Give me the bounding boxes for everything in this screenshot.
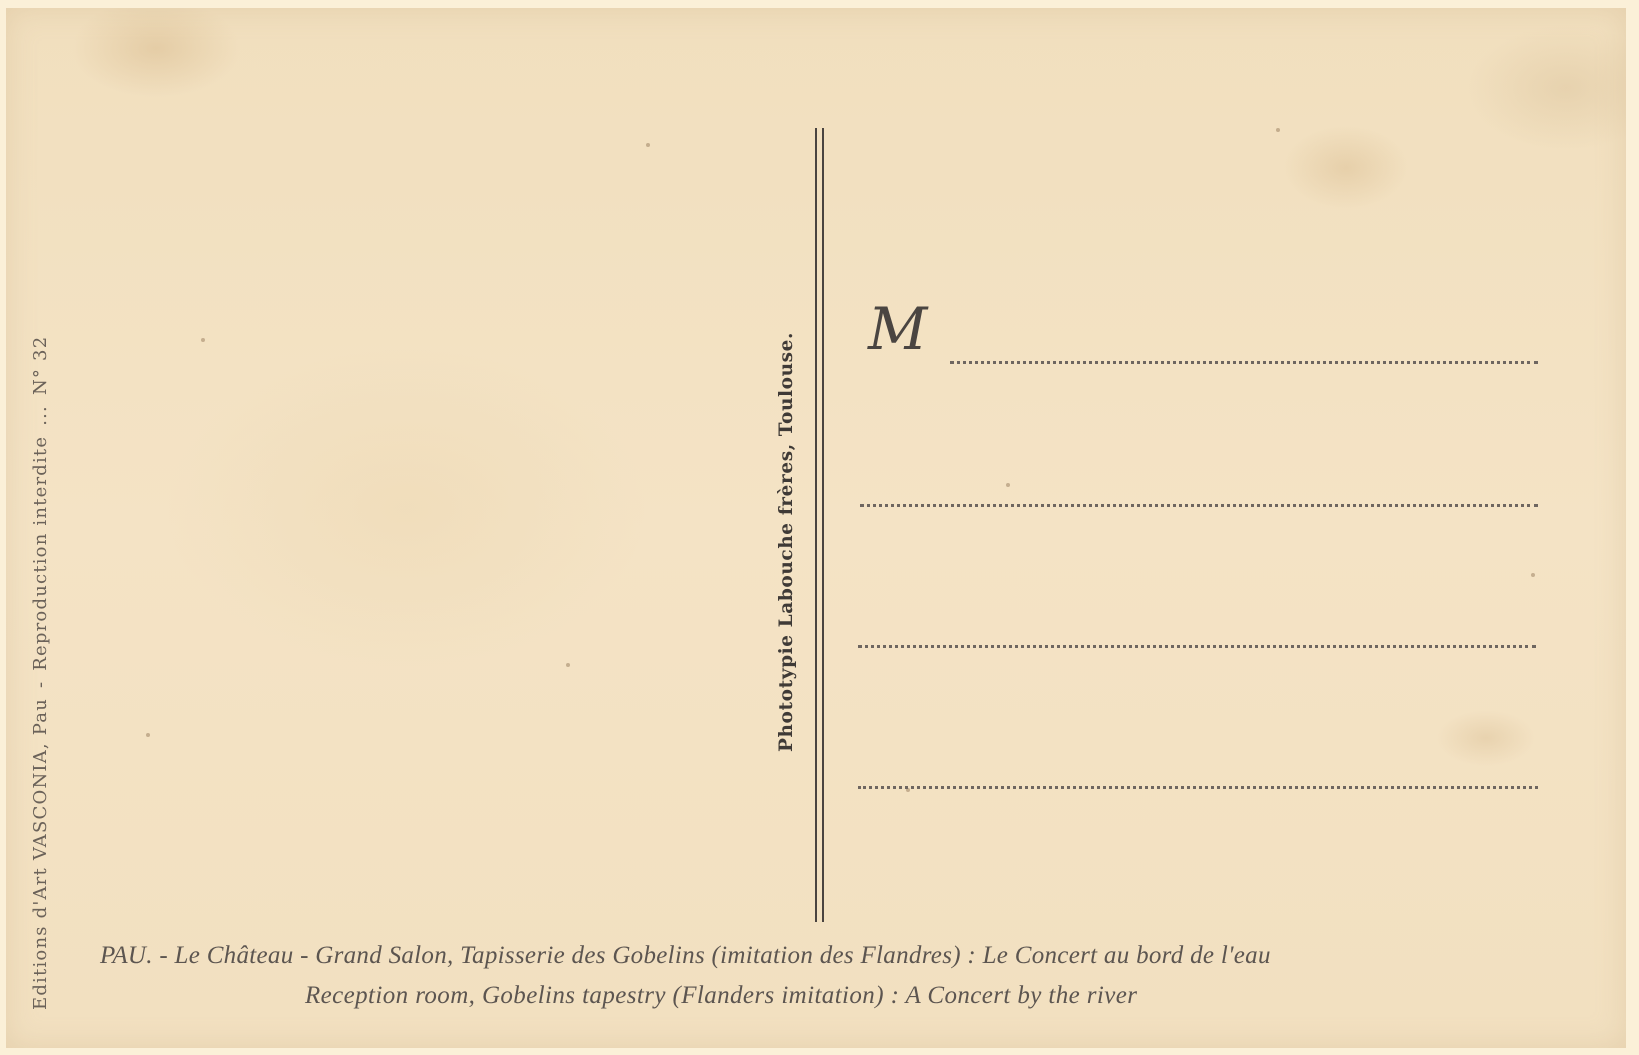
address-line-4[interactable] (858, 786, 1538, 789)
address-salutation: M (868, 300, 927, 358)
address-line-1[interactable] (950, 361, 1538, 364)
paper-speck (201, 338, 205, 342)
rights-notice: Reproduction interdite (30, 436, 51, 671)
paper-speck (1531, 573, 1535, 577)
credit-separator: ... (30, 405, 51, 426)
scanned-page: Editions d'Art VASCONIA, Pau - Reproduct… (0, 0, 1639, 1055)
message-address-divider (815, 128, 824, 922)
paper-speck (566, 663, 570, 667)
credit-separator: - (30, 681, 51, 688)
paper-speck (1276, 128, 1280, 132)
caption-english: Reception room, Gobelins tapestry (Fland… (305, 982, 1639, 1010)
card-number: N° 32 (30, 336, 51, 395)
address-line-2[interactable] (860, 504, 1538, 507)
publisher-name: Editions d'Art VASCONIA, Pau (30, 698, 51, 1010)
publisher-credit: Editions d'Art VASCONIA, Pau - Reproduct… (30, 0, 70, 1055)
paper-speck (146, 733, 150, 737)
address-line-3[interactable] (858, 645, 1536, 648)
printer-credit-column: Phototypie Labouche frères, Toulouse. (770, 0, 810, 1055)
caption-french: PAU. - Le Château - Grand Salon, Tapisse… (100, 942, 1540, 970)
paper-speck (1006, 483, 1010, 487)
printer-credit: Phototypie Labouche frères, Toulouse. (776, 332, 797, 752)
paper-speck (646, 143, 650, 147)
